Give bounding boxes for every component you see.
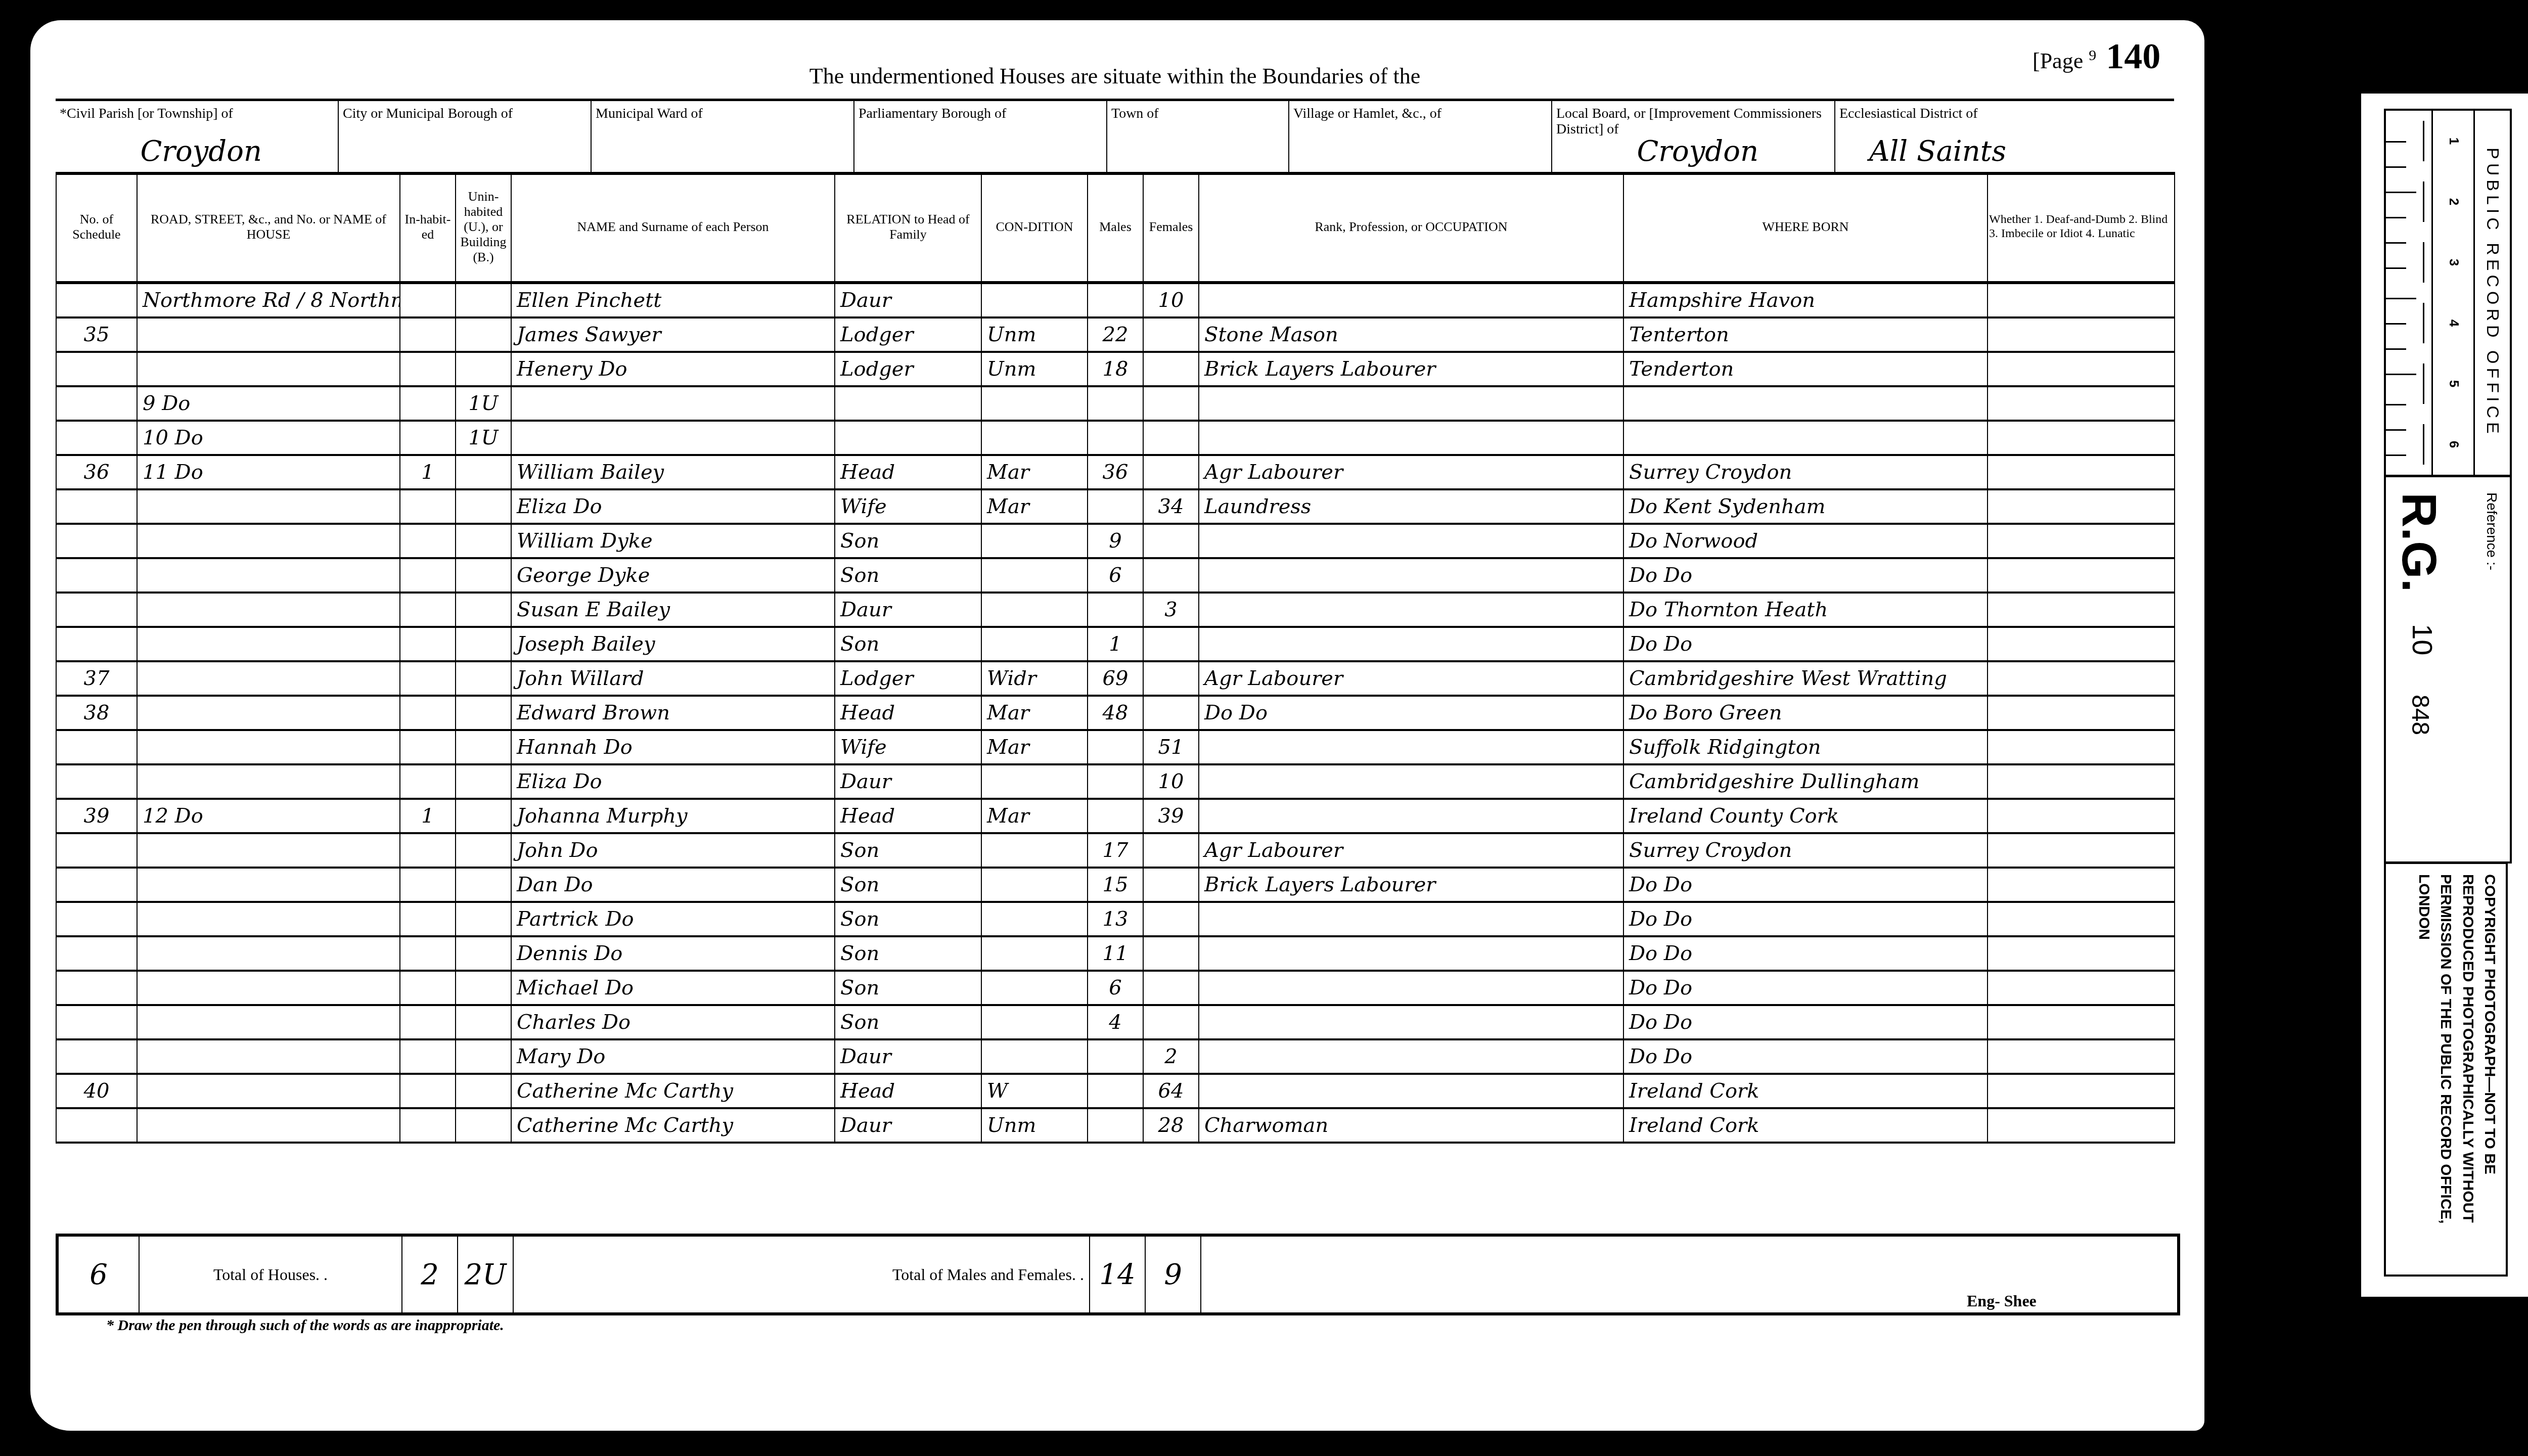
cell-infirmity xyxy=(1988,455,2175,489)
cell-uninhabited xyxy=(456,730,511,764)
cell-uninhabited xyxy=(456,627,511,661)
cell-occupation: Agr Labourer xyxy=(1199,455,1623,489)
cell-uninhabited xyxy=(456,1108,511,1143)
cell-address xyxy=(137,1039,400,1074)
cell-condition xyxy=(981,833,1088,868)
piece-number: 848 xyxy=(2406,695,2434,735)
page-number: [Page 9 140 xyxy=(2033,35,2160,77)
cell-name: Eliza Do xyxy=(511,764,835,799)
page-label: [Page xyxy=(2033,49,2083,73)
cell-inhabited xyxy=(400,524,456,558)
cell-occupation xyxy=(1199,1074,1623,1108)
cell-occupation xyxy=(1199,1039,1623,1074)
cell-female-age: 39 xyxy=(1143,799,1199,833)
cell-where-born: Do Do xyxy=(1623,868,1988,902)
cell-infirmity xyxy=(1988,868,2175,902)
cell-relation: Wife xyxy=(835,489,981,524)
cell-schedule xyxy=(56,1039,137,1074)
cell-infirmity xyxy=(1988,1108,2175,1143)
local-board-cell: Local Board, or [Improvement Commissione… xyxy=(1552,101,1835,172)
cell-address xyxy=(137,352,400,386)
cell-address: Northmore Rd / 8 Northmore Gardens xyxy=(137,283,400,317)
cell-female-age xyxy=(1143,421,1199,455)
table-row: William DykeSon9Do Norwood xyxy=(56,524,2175,558)
cell-name: Catherine Mc Carthy xyxy=(511,1074,835,1108)
cell-female-age xyxy=(1143,661,1199,696)
cell-infirmity xyxy=(1988,593,2175,627)
cell-name: George Dyke xyxy=(511,558,835,593)
cell-condition xyxy=(981,936,1088,971)
scale-ruler: 1 2 3 4 5 6 PUBLIC RECORD OFFICE xyxy=(2384,109,2512,477)
cell-relation xyxy=(835,421,981,455)
cell-male-age: 17 xyxy=(1088,833,1143,868)
cell-female-age: 28 xyxy=(1143,1108,1199,1143)
cell-condition xyxy=(981,593,1088,627)
cell-schedule: 39 xyxy=(56,799,137,833)
cell-where-born: Cambridgeshire West Wratting xyxy=(1623,661,1988,696)
ecclesiastical-district-value: All Saints xyxy=(1869,135,2006,168)
total-houses-label: Total of Houses. . xyxy=(140,1237,402,1312)
table-row: Partrick DoSon13Do Do xyxy=(56,902,2175,936)
cell-male-age: 11 xyxy=(1088,936,1143,971)
cell-uninhabited: 1U xyxy=(456,421,511,455)
cell-schedule: 38 xyxy=(56,696,137,730)
table-row: Eliza DoDaur10Cambridgeshire Dullingham xyxy=(56,764,2175,799)
cell-where-born: Do Do xyxy=(1623,627,1988,661)
cell-relation: Son xyxy=(835,627,981,661)
cell-infirmity xyxy=(1988,558,2175,593)
cell-relation: Head xyxy=(835,799,981,833)
cell-relation: Head xyxy=(835,455,981,489)
cell-uninhabited: 1U xyxy=(456,386,511,421)
cell-schedule xyxy=(56,936,137,971)
cell-where-born: Do Norwood xyxy=(1623,524,1988,558)
cell-condition: W xyxy=(981,1074,1088,1108)
cell-condition: Mar xyxy=(981,489,1088,524)
cell-female-age xyxy=(1143,971,1199,1005)
cell-uninhabited xyxy=(456,696,511,730)
cell-uninhabited xyxy=(456,1005,511,1039)
table-row: 9 Do1U xyxy=(56,386,2175,421)
col-males: Males xyxy=(1088,172,1143,283)
cell-inhabited xyxy=(400,971,456,1005)
cell-female-age xyxy=(1143,936,1199,971)
col-schedule: No. of Schedule xyxy=(56,172,137,283)
table-row: Joseph BaileySon1Do Do xyxy=(56,627,2175,661)
cell-address xyxy=(137,489,400,524)
cell-male-age: 69 xyxy=(1088,661,1143,696)
cell-inhabited xyxy=(400,868,456,902)
cell-name: Joseph Bailey xyxy=(511,627,835,661)
cell-schedule xyxy=(56,558,137,593)
cell-female-age xyxy=(1143,696,1199,730)
cell-address xyxy=(137,558,400,593)
cell-relation: Head xyxy=(835,696,981,730)
cell-occupation: Brick Layers Labourer xyxy=(1199,868,1623,902)
municipal-ward-cell: Municipal Ward of xyxy=(592,101,854,172)
cell-uninhabited xyxy=(456,764,511,799)
cell-where-born: Suffolk Ridgington xyxy=(1623,730,1988,764)
total-males: 14 xyxy=(1090,1237,1146,1312)
cell-inhabited xyxy=(400,833,456,868)
table-row: John DoSon17Agr LabourerSurrey Croydon xyxy=(56,833,2175,868)
cell-female-age xyxy=(1143,455,1199,489)
cell-infirmity xyxy=(1988,524,2175,558)
cell-male-age: 48 xyxy=(1088,696,1143,730)
cell-uninhabited xyxy=(456,1074,511,1108)
cell-infirmity xyxy=(1988,283,2175,317)
cell-inhabited xyxy=(400,1108,456,1143)
cell-infirmity xyxy=(1988,1005,2175,1039)
copyright-notice: COPYRIGHT PHOTOGRAPH—NOT TO BE REPRODUCE… xyxy=(2384,862,2508,1277)
cell-address xyxy=(137,1074,400,1108)
cell-name: Catherine Mc Carthy xyxy=(511,1108,835,1143)
cell-infirmity xyxy=(1988,696,2175,730)
cell-address: 10 Do xyxy=(137,421,400,455)
cell-occupation xyxy=(1199,730,1623,764)
cell-inhabited xyxy=(400,627,456,661)
cell-where-born: Surrey Croydon xyxy=(1623,455,1988,489)
cell-uninhabited xyxy=(456,971,511,1005)
cell-female-age xyxy=(1143,524,1199,558)
cell-name: Hannah Do xyxy=(511,730,835,764)
cell-male-age: 22 xyxy=(1088,317,1143,352)
cell-uninhabited xyxy=(456,317,511,352)
cell-address xyxy=(137,730,400,764)
cell-where-born: Do Boro Green xyxy=(1623,696,1988,730)
cell-condition xyxy=(981,524,1088,558)
cell-address xyxy=(137,936,400,971)
cell-where-born: Ireland County Cork xyxy=(1623,799,1988,833)
cell-where-born: Do Do xyxy=(1623,1005,1988,1039)
footnote: * Draw the pen through such of the words… xyxy=(106,1317,504,1334)
cell-inhabited: 1 xyxy=(400,799,456,833)
cell-occupation xyxy=(1199,799,1623,833)
page-small-number: 9 xyxy=(2089,47,2096,64)
cell-infirmity xyxy=(1988,489,2175,524)
col-females: Females xyxy=(1143,172,1199,283)
col-infirmity: Whether 1. Deaf-and-Dumb 2. Blind 3. Imb… xyxy=(1988,172,2175,283)
cell-inhabited xyxy=(400,352,456,386)
cell-infirmity xyxy=(1988,730,2175,764)
total-inhabited: 2 xyxy=(402,1237,458,1312)
census-rows: Northmore Rd / 8 Northmore GardensEllen … xyxy=(56,283,2175,1143)
cell-where-born: Do Do xyxy=(1623,971,1988,1005)
cell-female-age xyxy=(1143,1005,1199,1039)
cell-condition xyxy=(981,1039,1088,1074)
cell-name: Johanna Murphy xyxy=(511,799,835,833)
cell-inhabited xyxy=(400,661,456,696)
table-row: Dennis DoSon11Do Do xyxy=(56,936,2175,971)
cell-name: Eliza Do xyxy=(511,489,835,524)
cell-male-age xyxy=(1088,593,1143,627)
cell-relation: Daur xyxy=(835,1108,981,1143)
cell-schedule xyxy=(56,730,137,764)
cell-condition: Unm xyxy=(981,317,1088,352)
table-row: Susan E BaileyDaur3Do Thornton Heath xyxy=(56,593,2175,627)
cell-inhabited: 1 xyxy=(400,455,456,489)
cell-condition xyxy=(981,971,1088,1005)
cell-male-age: 6 xyxy=(1088,971,1143,1005)
cell-where-born: Do Thornton Heath xyxy=(1623,593,1988,627)
cell-relation: Daur xyxy=(835,283,981,317)
cell-infirmity xyxy=(1988,971,2175,1005)
cell-male-age: 13 xyxy=(1088,902,1143,936)
cell-name: Henery Do xyxy=(511,352,835,386)
cell-male-age xyxy=(1088,730,1143,764)
cell-condition xyxy=(981,902,1088,936)
cell-schedule xyxy=(56,352,137,386)
cell-address xyxy=(137,833,400,868)
cell-female-age: 10 xyxy=(1143,283,1199,317)
cell-schedule: 36 xyxy=(56,455,137,489)
cell-name xyxy=(511,386,835,421)
cell-name: Susan E Bailey xyxy=(511,593,835,627)
cell-male-age xyxy=(1088,1108,1143,1143)
col-uninhabited: Unin-habited (U.), or Building (B.) xyxy=(456,172,511,283)
col-where-born: WHERE BORN xyxy=(1623,172,1988,283)
cell-name: Mary Do xyxy=(511,1039,835,1074)
table-row: Mary DoDaur2Do Do xyxy=(56,1039,2175,1074)
cell-schedule xyxy=(56,283,137,317)
cell-name: James Sawyer xyxy=(511,317,835,352)
cell-relation: Son xyxy=(835,558,981,593)
cell-where-born: Do Kent Sydenham xyxy=(1623,489,1988,524)
table-row: 10 Do1U xyxy=(56,421,2175,455)
cell-female-age xyxy=(1143,558,1199,593)
cell-infirmity xyxy=(1988,833,2175,868)
cell-address xyxy=(137,902,400,936)
cell-occupation: Brick Layers Labourer xyxy=(1199,352,1623,386)
civil-parish-cell: *Civil Parish [or Township] ofCroydon xyxy=(56,101,339,172)
cell-schedule xyxy=(56,902,137,936)
cell-schedule xyxy=(56,764,137,799)
cell-inhabited xyxy=(400,283,456,317)
cell-male-age: 6 xyxy=(1088,558,1143,593)
cell-schedule xyxy=(56,868,137,902)
cell-condition: Unm xyxy=(981,1108,1088,1143)
cell-occupation: Charwoman xyxy=(1199,1108,1623,1143)
cell-name: Edward Brown xyxy=(511,696,835,730)
office-name: PUBLIC RECORD OFFICE xyxy=(2475,111,2510,475)
cell-uninhabited xyxy=(456,352,511,386)
cell-address: 9 Do xyxy=(137,386,400,421)
cell-inhabited xyxy=(400,489,456,524)
cell-name: John Do xyxy=(511,833,835,868)
cell-relation: Wife xyxy=(835,730,981,764)
ruler-boxes: 1 2 3 4 5 6 xyxy=(2433,111,2475,475)
cell-occupation xyxy=(1199,902,1623,936)
cell-where-born: Do Do xyxy=(1623,936,1988,971)
cell-condition: Widr xyxy=(981,661,1088,696)
cell-schedule: 37 xyxy=(56,661,137,696)
cell-female-age xyxy=(1143,833,1199,868)
inch-ticks xyxy=(2386,111,2433,475)
cell-schedule xyxy=(56,1005,137,1039)
cell-infirmity xyxy=(1988,764,2175,799)
cell-infirmity xyxy=(1988,661,2175,696)
cell-where-born: Do Do xyxy=(1623,902,1988,936)
boundaries-title: The undermentioned Houses are situate wi… xyxy=(56,53,2174,99)
table-row: 3912 Do1Johanna MurphyHeadMar39Ireland C… xyxy=(56,799,2175,833)
total-schedules: 6 xyxy=(59,1237,140,1312)
cell-female-age: 34 xyxy=(1143,489,1199,524)
cell-infirmity xyxy=(1988,902,2175,936)
page-stamp-number: 140 xyxy=(2106,36,2160,76)
cell-female-age: 64 xyxy=(1143,1074,1199,1108)
cell-inhabited xyxy=(400,421,456,455)
cell-male-age xyxy=(1088,1039,1143,1074)
cell-relation: Son xyxy=(835,971,981,1005)
table-row: Henery DoLodgerUnm18Brick Layers Laboure… xyxy=(56,352,2175,386)
cell-name: Dan Do xyxy=(511,868,835,902)
table-row: 35James SawyerLodgerUnm22Stone MasonTent… xyxy=(56,317,2175,352)
cell-name: Ellen Pinchett xyxy=(511,283,835,317)
table-row: Catherine Mc CarthyDaurUnm28CharwomanIre… xyxy=(56,1108,2175,1143)
cell-where-born: Tenderton xyxy=(1623,352,1988,386)
cell-uninhabited xyxy=(456,593,511,627)
cell-male-age xyxy=(1088,764,1143,799)
cell-address xyxy=(137,627,400,661)
cell-schedule xyxy=(56,833,137,868)
cell-infirmity xyxy=(1988,352,2175,386)
cell-schedule: 35 xyxy=(56,317,137,352)
cell-condition xyxy=(981,868,1088,902)
cell-where-born: Do Do xyxy=(1623,1039,1988,1074)
cell-relation: Lodger xyxy=(835,352,981,386)
table-row: 38Edward BrownHeadMar48Do DoDo Boro Gree… xyxy=(56,696,2175,730)
cell-male-age: 36 xyxy=(1088,455,1143,489)
cell-uninhabited xyxy=(456,558,511,593)
cell-infirmity xyxy=(1988,799,2175,833)
cell-uninhabited xyxy=(456,661,511,696)
total-uninhabited: 2U xyxy=(458,1237,514,1312)
cell-infirmity xyxy=(1988,627,2175,661)
cell-condition: Unm xyxy=(981,352,1088,386)
table-row: Michael DoSon6Do Do xyxy=(56,971,2175,1005)
cell-uninhabited xyxy=(456,455,511,489)
cell-name: William Bailey xyxy=(511,455,835,489)
col-address: ROAD, STREET, &c., and No. or NAME of HO… xyxy=(137,172,400,283)
cell-uninhabited xyxy=(456,489,511,524)
cell-uninhabited xyxy=(456,936,511,971)
cell-inhabited xyxy=(400,558,456,593)
cell-occupation xyxy=(1199,627,1623,661)
cell-relation: Daur xyxy=(835,1039,981,1074)
cell-address xyxy=(137,661,400,696)
cell-male-age: 18 xyxy=(1088,352,1143,386)
col-occupation: Rank, Profession, or OCCUPATION xyxy=(1199,172,1623,283)
totals-row: 6 Total of Houses. . 2 2U Total of Males… xyxy=(56,1234,2180,1315)
cell-male-age: 1 xyxy=(1088,627,1143,661)
cell-uninhabited xyxy=(456,868,511,902)
cell-schedule xyxy=(56,971,137,1005)
total-females: 9 xyxy=(1146,1237,1201,1312)
cell-infirmity xyxy=(1988,936,2175,971)
cell-schedule xyxy=(56,593,137,627)
cell-address: 11 Do xyxy=(137,455,400,489)
table-row: 40Catherine Mc CarthyHeadW64Ireland Cork xyxy=(56,1074,2175,1108)
cell-condition xyxy=(981,1005,1088,1039)
cell-relation: Son xyxy=(835,936,981,971)
cell-relation: Daur xyxy=(835,593,981,627)
cell-uninhabited xyxy=(456,1039,511,1074)
cell-female-age xyxy=(1143,868,1199,902)
cell-female-age: 2 xyxy=(1143,1039,1199,1074)
cell-female-age: 51 xyxy=(1143,730,1199,764)
cell-inhabited xyxy=(400,730,456,764)
cell-schedule xyxy=(56,489,137,524)
col-name: NAME and Surname of each Person xyxy=(511,172,835,283)
cell-where-born: Cambridgeshire Dullingham xyxy=(1623,764,1988,799)
cell-schedule xyxy=(56,524,137,558)
table-row: 3611 Do1William BaileyHeadMar36Agr Labou… xyxy=(56,455,2175,489)
cell-address: 12 Do xyxy=(137,799,400,833)
reference-label: Reference :- xyxy=(2484,492,2500,570)
cell-address xyxy=(137,524,400,558)
cell-condition: Mar xyxy=(981,455,1088,489)
cell-name xyxy=(511,421,835,455)
cell-address xyxy=(137,593,400,627)
cell-female-age: 3 xyxy=(1143,593,1199,627)
cell-name: Dennis Do xyxy=(511,936,835,971)
cell-name: John Willard xyxy=(511,661,835,696)
cell-relation: Son xyxy=(835,902,981,936)
cell-relation: Lodger xyxy=(835,317,981,352)
cell-female-age xyxy=(1143,352,1199,386)
ecclesiastical-district-cell: Ecclesiastical District ofAll Saints xyxy=(1835,101,2174,172)
cell-condition xyxy=(981,386,1088,421)
cell-uninhabited xyxy=(456,902,511,936)
cell-where-born: Ireland Cork xyxy=(1623,1108,1988,1143)
cell-male-age xyxy=(1088,283,1143,317)
cell-inhabited xyxy=(400,593,456,627)
cell-uninhabited xyxy=(456,799,511,833)
parliamentary-borough-cell: Parliamentary Borough of xyxy=(854,101,1107,172)
municipal-borough-cell: City or Municipal Borough of xyxy=(339,101,592,172)
cell-relation: Daur xyxy=(835,764,981,799)
village-cell: Village or Hamlet, &c., of xyxy=(1289,101,1552,172)
town-cell: Town of xyxy=(1107,101,1289,172)
cell-inhabited xyxy=(400,936,456,971)
cell-female-age xyxy=(1143,386,1199,421)
sheet-label: Eng- Shee xyxy=(1967,1292,2037,1310)
cell-inhabited xyxy=(400,1005,456,1039)
cell-relation xyxy=(835,386,981,421)
table-row: Charles DoSon4Do Do xyxy=(56,1005,2175,1039)
cell-male-age: 15 xyxy=(1088,868,1143,902)
cell-male-age: 4 xyxy=(1088,1005,1143,1039)
cell-female-age: 10 xyxy=(1143,764,1199,799)
cell-address xyxy=(137,764,400,799)
cell-schedule xyxy=(56,627,137,661)
cell-male-age xyxy=(1088,799,1143,833)
local-board-value: Croydon xyxy=(1637,135,1758,168)
cell-condition xyxy=(981,558,1088,593)
cell-address xyxy=(137,868,400,902)
cell-condition xyxy=(981,421,1088,455)
cell-infirmity xyxy=(1988,386,2175,421)
cell-where-born: Do Do xyxy=(1623,558,1988,593)
cell-female-age xyxy=(1143,627,1199,661)
cell-condition xyxy=(981,764,1088,799)
cell-infirmity xyxy=(1988,1039,2175,1074)
cell-relation: Lodger xyxy=(835,661,981,696)
cell-name: Charles Do xyxy=(511,1005,835,1039)
civil-parish-value: Croydon xyxy=(140,135,262,168)
cell-where-born xyxy=(1623,421,1988,455)
cell-inhabited xyxy=(400,764,456,799)
